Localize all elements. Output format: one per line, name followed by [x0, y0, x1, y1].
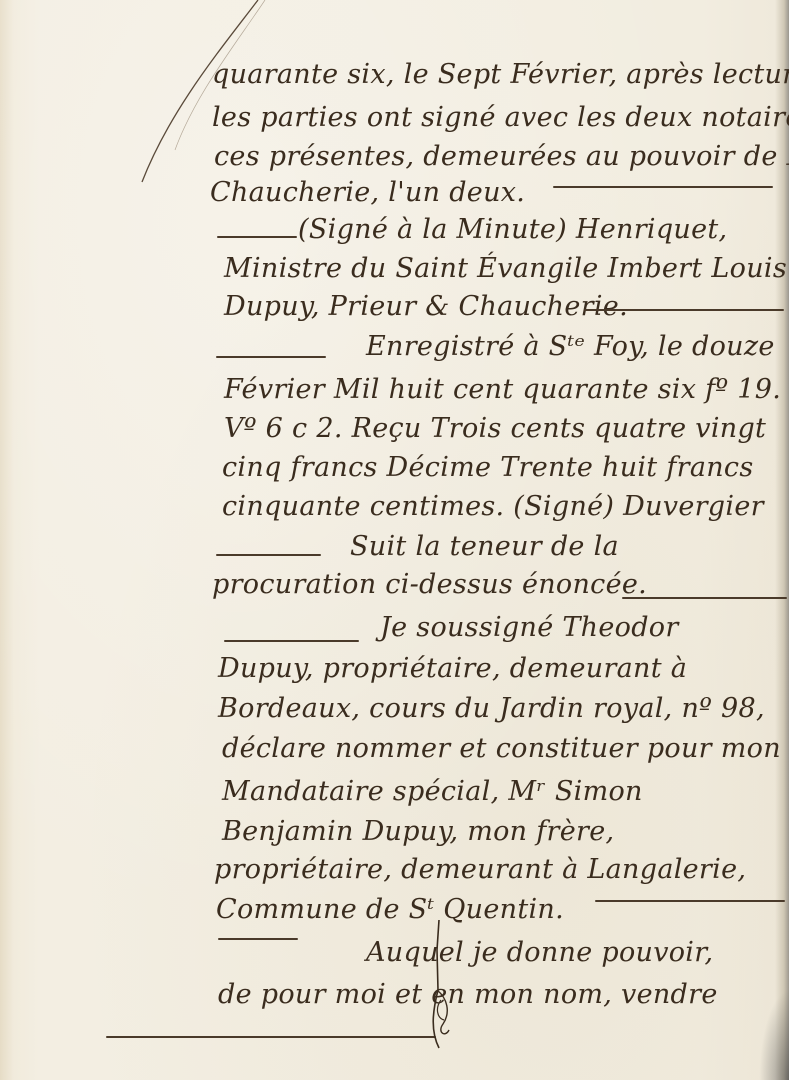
filler-rule — [224, 640, 359, 642]
text-line: déclare nommer et constituer pour mon — [222, 732, 781, 766]
filler-rule — [217, 236, 297, 238]
filler-rule — [216, 356, 326, 358]
text-line: Commune de Sᵗ Quentin. — [216, 893, 564, 927]
text-line: cinquante centimes. (Signé) Duvergier — [222, 490, 764, 524]
filler-rule — [622, 597, 787, 599]
text-line: Mandataire spécial, Mʳ Simon — [222, 775, 643, 809]
text-line: propriétaire, demeurant à Langalerie, — [214, 853, 746, 887]
text-line: quarante six, le Sept Février, après lec… — [212, 58, 789, 92]
text-line: (Signé à la Minute) Henriquet, — [298, 213, 727, 247]
filler-rule — [595, 900, 785, 902]
filler-rule — [584, 309, 784, 311]
text-line: cinq francs Décime Trente huit francs — [222, 451, 754, 485]
text-line: Enregistré à Sᵗᵉ Foy, le douze — [366, 330, 775, 364]
text-line: Ministre du Saint Évangile Imbert Louis — [224, 252, 787, 286]
paraph-signature-mark — [425, 920, 465, 1050]
text-line: Benjamin Dupuy, mon frère, — [222, 815, 614, 849]
text-line: Bordeaux, cours du Jardin royal, nº 98, — [218, 692, 765, 726]
text-line: ces présentes, demeurées au pouvoir de M… — [214, 140, 789, 174]
filler-rule — [218, 938, 298, 940]
text-line: les parties ont signé avec les deux nota… — [212, 101, 789, 135]
filler-rule — [553, 186, 773, 188]
text-line: Février Mil huit cent quarante six fº 19… — [224, 373, 781, 407]
filler-rule — [106, 1036, 436, 1038]
text-line: procuration ci-dessus énoncée. — [212, 568, 647, 602]
page-corner-shadow — [759, 990, 789, 1080]
text-line: Suit la teneur de la — [350, 530, 619, 564]
text-line: Vº 6 c 2. Reçu Trois cents quatre vingt — [224, 412, 766, 446]
text-line: Dupuy, propriétaire, demeurant à — [218, 652, 687, 686]
text-line: Je soussigné Theodor — [380, 611, 679, 645]
text-line: de pour moi et en mon nom, vendre — [218, 978, 718, 1012]
text-line: Auquel je donne pouvoir, — [366, 936, 713, 970]
document-page: quarante six, le Sept Février, après lec… — [0, 0, 789, 1080]
text-line: Dupuy, Prieur & Chaucherie. — [224, 290, 628, 324]
filler-rule — [216, 554, 321, 556]
text-line: Chaucherie, l'un deux. — [210, 176, 525, 210]
